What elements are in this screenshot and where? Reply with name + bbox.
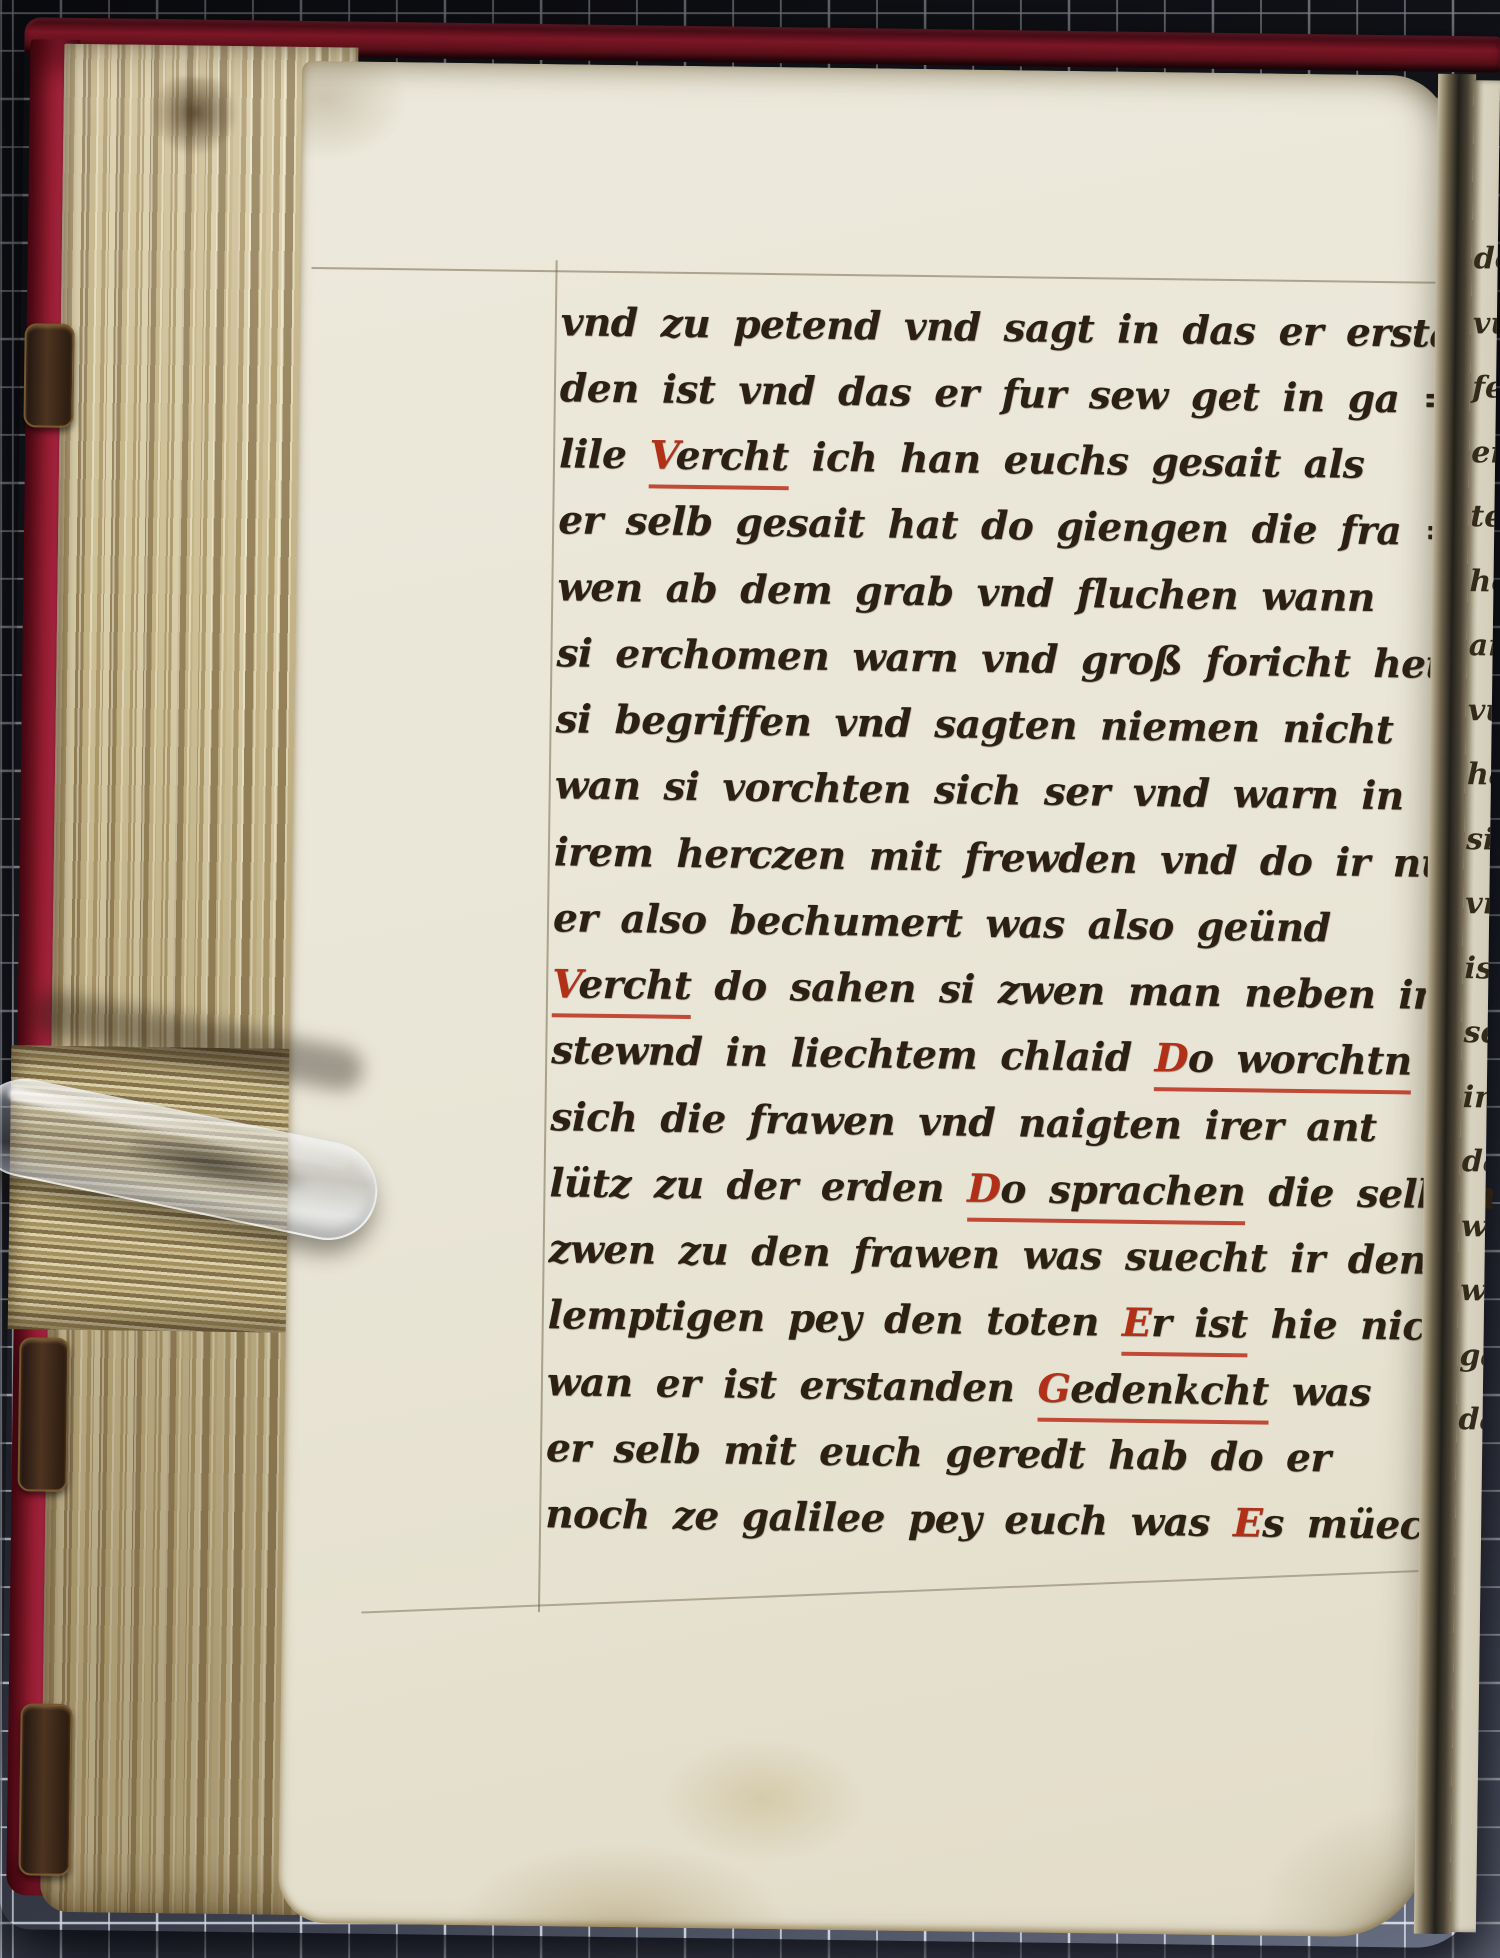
cover-corner-shadow — [151, 77, 238, 156]
rubric-word: Er ist — [1122, 1295, 1248, 1358]
rubric-word: Do worchtn — [1154, 1030, 1412, 1094]
text-line: zwen zu den frawen was suecht ir den — [548, 1221, 1427, 1290]
spine-clasp — [18, 1703, 72, 1876]
photograph-of-manuscript: vnd zu petend vnd sagt in das er erstan … — [0, 0, 1500, 1958]
manuscript-page: vnd zu petend vnd sagt in das er erstan … — [278, 61, 1450, 1938]
red-initial-word: Es — [1233, 1495, 1284, 1552]
text-line: wen ab dem grab vnd fluchen wann — [557, 559, 1375, 628]
manuscript-codex: vnd zu petend vnd sagt in das er erstan … — [0, 17, 1500, 1948]
ink-text: den ist vnd das er fur sew get in ga = — [560, 365, 1455, 423]
ink-text: er also bechumert was also geünd — [553, 895, 1331, 951]
spine-clasp — [17, 1337, 69, 1492]
spine-clasp — [23, 323, 74, 428]
rubric-word: Vercht — [552, 956, 692, 1019]
ink-text: lemptigen pey den toten — [548, 1292, 1123, 1346]
rubric-word: Vercht — [649, 427, 789, 490]
text-line: sich die frawen vnd naigten irer ant — [550, 1089, 1377, 1158]
text-line: lemptigen pey den toten Er ist hie nicht — [547, 1287, 1471, 1357]
ink-text: vnd zu petend vnd sagt in das er erstan — [561, 299, 1483, 357]
facing-text-fragment: fer — [1472, 370, 1500, 406]
text-line: den ist vnd das er fur sew get in ga = — [560, 360, 1455, 430]
ink-text: ich han euchs gesait als — [788, 434, 1364, 488]
ink-text: er selb mit euch geredt hab do er — [546, 1425, 1331, 1481]
ink-text: noch ze galilee pey euch was — [545, 1491, 1233, 1546]
ink-text: si erchomen warn vnd groß foricht het — [556, 630, 1443, 688]
facing-text-fragment: de — [1474, 241, 1500, 277]
ink-text: wen ab dem grab vnd fluchen wann — [557, 564, 1375, 621]
text-line: stewnd in liechtem chlaid Do worchtn — [551, 1022, 1412, 1091]
text-line: irem herczen mit frewden vnd do ir nu — [554, 824, 1449, 894]
text-line: wan si vorchten sich ser vnd warn in — [554, 757, 1404, 826]
ink-text: wan er ist erstanden — [547, 1359, 1038, 1411]
text-line: er selb mit euch geredt hab do er — [546, 1420, 1331, 1488]
ink-text: irem herczen mit frewden vnd do ir nu — [554, 829, 1449, 887]
text-line: si begriffen vnd sagten niemen nicht — [555, 691, 1393, 760]
ink-text: zwen zu den frawen was suecht ir den — [548, 1226, 1427, 1283]
ink-text: er selb gesait hat do giengen die fra = — [558, 497, 1457, 555]
text-line: Vercht do sahen si zwen man neben in — [552, 956, 1441, 1026]
ink-text: si begriffen vnd sagten niemen nicht — [555, 696, 1393, 753]
ink-text: sich die frawen vnd naigten irer ant — [550, 1094, 1377, 1151]
facing-text-fragment: vud — [1473, 306, 1500, 342]
ink-text: wan si vorchten sich ser vnd warn in — [554, 762, 1403, 819]
text-line: vnd zu petend vnd sagt in das er erstan — [560, 294, 1482, 364]
ink-text: do sahen si zwen man neben in — [691, 963, 1441, 1019]
text-line: er selb gesait hat do giengen die fra = — [558, 492, 1457, 562]
text-line: er also bechumert was also geünd — [553, 890, 1331, 958]
ink-text: stewnd in liechtem chlaid — [551, 1027, 1155, 1081]
ruling-line-top — [312, 267, 1440, 284]
rubric-word: Gedenkcht — [1037, 1361, 1269, 1425]
text-line: si erchomen warn vnd groß foricht het — [556, 625, 1443, 695]
ink-text: lile — [559, 431, 650, 478]
ink-text: was — [1268, 1369, 1371, 1416]
text-line: lütz zu der erden Do sprachen die selben — [549, 1155, 1496, 1225]
ruling-line-bottom — [361, 1570, 1426, 1614]
rubric-word: Do sprachen — [967, 1161, 1246, 1226]
text-line: wan er ist erstanden Gedenkcht was — [547, 1354, 1372, 1423]
ink-text: lütz zu der erden — [549, 1160, 967, 1211]
text-line: noch ze galilee pey euch was Es müech — [545, 1486, 1451, 1556]
text-line: lile Vercht ich han euchs gesait als — [559, 426, 1365, 495]
